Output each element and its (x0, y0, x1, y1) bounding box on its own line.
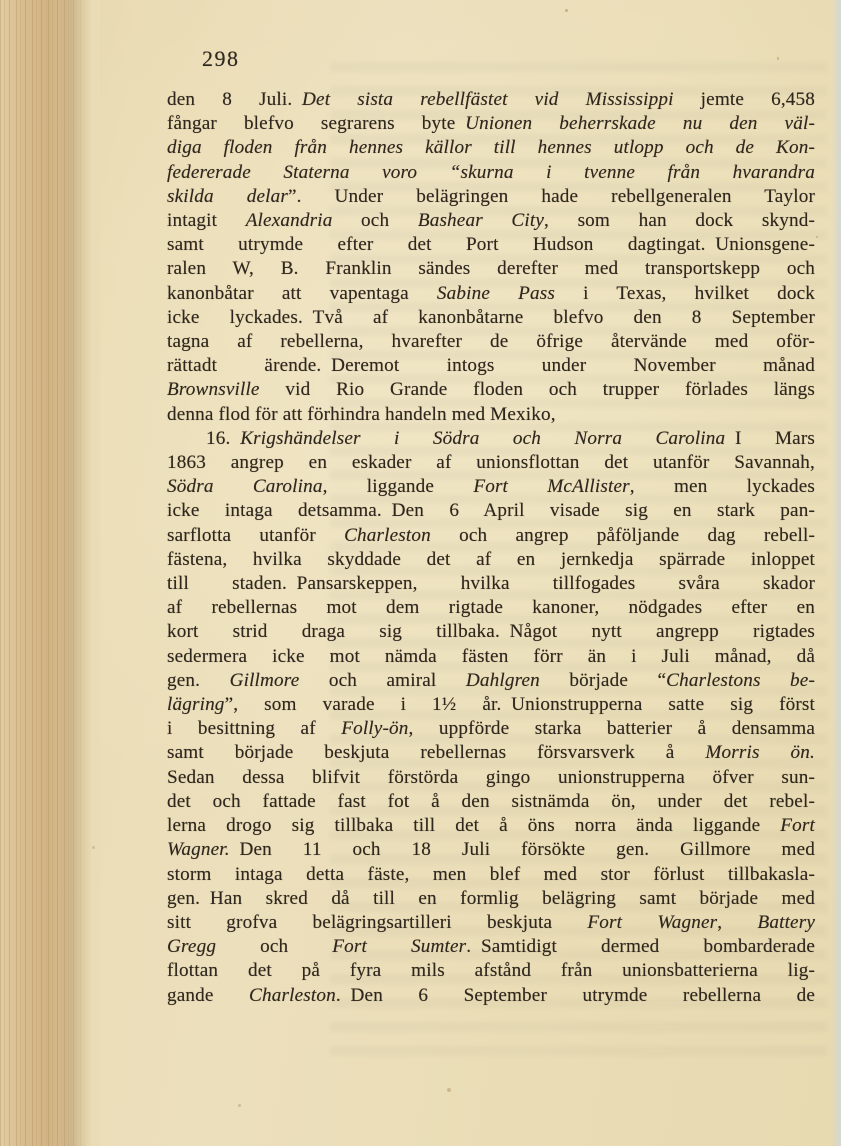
text-line: den 8 Juli. Det sista rebellfästet vid M… (167, 88, 815, 112)
paper-speck (92, 846, 95, 849)
text-line: sedermera icke mot nämda fästen förr än … (167, 645, 815, 669)
text-line: ralen W, B. Franklin sändes derefter med… (167, 257, 815, 281)
text-line: intagit Alexandria och Bashear City, som… (167, 209, 815, 233)
text-line: till staden. Pansarskeppen, hvilka tillf… (167, 572, 815, 596)
text-line: icke intaga detsamma. Den 6 April visade… (167, 499, 815, 523)
paper-speck (447, 1088, 451, 1092)
text-line: af rebellernas mot dem rigtade kanoner, … (167, 596, 815, 620)
text-line: icke lyckades. Två af kanonbåtarne blefv… (167, 306, 815, 330)
text-line: Brownsville vid Rio Grande floden och tr… (167, 378, 815, 402)
text-line: tagna af rebellerna, hvarefter de öfrige… (167, 330, 815, 354)
text-line: gen. Han skred då till en formlig belägr… (167, 887, 815, 911)
binding-shadow (58, 0, 92, 1146)
text-line: 1863 angrep en eskader af unionsflottan … (167, 451, 815, 475)
text-line: Gregg och Fort Sumter. Samtidigt dermed … (167, 935, 815, 959)
text-line: lägring”, som varade i 1½ år. Unionstrup… (167, 693, 815, 717)
text-line: kort strid draga sig tillbaka. Något nyt… (167, 620, 815, 644)
text-line: Wagner. Den 11 och 18 Juli försökte gen.… (167, 838, 815, 862)
page-number: 298 (202, 46, 240, 72)
text-line: sarflotta utanför Charleston och angrep … (167, 524, 815, 548)
paper-speck (238, 1104, 241, 1107)
paper-speck (816, 236, 818, 238)
text-line: denna flod för att förhindra handeln med… (167, 403, 815, 427)
text-line: gande Charleston. Den 6 September utrymd… (167, 984, 815, 1008)
text-line: rättadt ärende. Deremot intogs under Nov… (167, 354, 815, 378)
paper-speck (777, 57, 779, 60)
body-text: den 8 Juli. Det sista rebellfästet vid M… (167, 88, 815, 1008)
text-line: det och fattade fast fot å den sistnämda… (167, 790, 815, 814)
text-line: i besittning af Folly-ön, uppförde stark… (167, 717, 815, 741)
text-line: Södra Carolina, liggande Fort McAllister… (167, 475, 815, 499)
text-line: flottan det på fyra mils afstånd från un… (167, 959, 815, 983)
text-line: fästena, hvilka skyddade det af en jernk… (167, 548, 815, 572)
text-line: skilda delar”. Under belägringen hade re… (167, 185, 815, 209)
text-line: storm intaga detta fäste, men blef med s… (167, 863, 815, 887)
text-line: gen. Gillmore och amiral Dahlgren börjad… (167, 669, 815, 693)
text-line: sitt grofva belägringsartilleri beskjuta… (167, 911, 815, 935)
text-line: lerna drogo sig tillbaka till det å öns … (167, 814, 815, 838)
text-line: federerade Staterna voro “skurna i tvenn… (167, 161, 815, 185)
scan-right-edge (832, 0, 841, 1146)
paper-speck (565, 9, 568, 12)
text-line: diga floden från hennes källor till henn… (167, 136, 815, 160)
book-page-scan: 298 den 8 Juli. Det sista rebellfästet v… (0, 0, 841, 1146)
text-line: samt började beskjuta rebellernas försva… (167, 741, 815, 765)
text-line: 16. Krigshändelser i Södra och Norra Car… (167, 427, 815, 451)
text-line: samt utrymde efter det Port Hudson dagti… (167, 233, 815, 257)
text-line: kanonbåtar att vapentaga Sabine Pass i T… (167, 282, 815, 306)
text-line: Sedan dessa blifvit förstörda gingo unio… (167, 766, 815, 790)
text-line: fångar blefvo segrarens byte Unionen beh… (167, 112, 815, 136)
